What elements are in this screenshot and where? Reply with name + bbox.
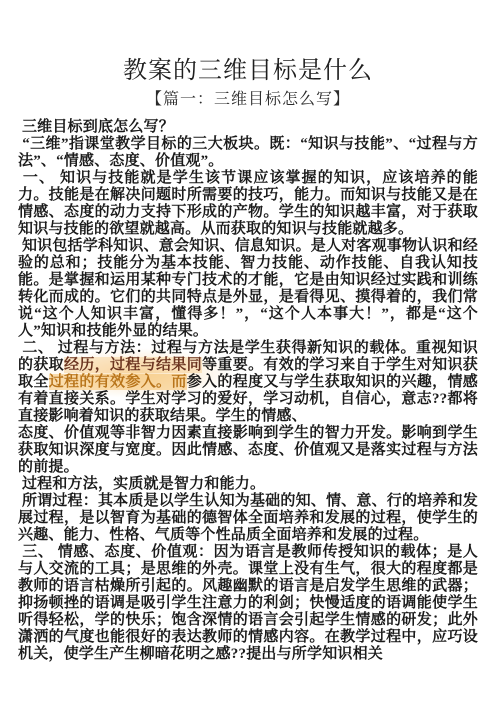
paragraph: 态度、价值观等非智力因素直接影响到学生的智力开发。影响到学生获取知识深度与宽度。…: [18, 425, 478, 476]
document-title: 教案的三维目标是什么: [18, 56, 478, 86]
paragraph: 二、 过程与方法：过程与方法是学生获得新知识的载体。重视知识的获取经历，过程与结…: [18, 340, 478, 425]
paragraph: 所谓过程：其本质是以学生认知为基础的知、情、意、行的培养和发展过程，是以智育为基…: [18, 493, 478, 544]
text-segment: 一、 知识与技能就是学生该节课应该掌握的知识，应该培养的能力。技能是在解决问题时…: [18, 170, 478, 237]
paragraph: “三维”指课堂教学目标的三大板块。既：“知识与技能”、“过程与方法”、“情感、态…: [18, 136, 478, 170]
paragraph: 三维目标到底怎么写？: [18, 119, 478, 136]
text-segment: 态度、价值观等非智力因素直接影响到学生的智力开发。影响到学生获取知识深度与宽度。…: [18, 425, 478, 475]
text-segment: “三维”指课堂教学目标的三大板块。既：“知识与技能”、“过程与方法”、“情感、态…: [18, 136, 478, 169]
text-segment: 所谓过程：其本质是以学生认知为基础的知、情、意、行的培养和发展过程，是以智育为基…: [18, 493, 478, 543]
paragraph: 一、 知识与技能就是学生该节课应该掌握的知识，应该培养的能力。技能是在解决问题时…: [18, 170, 478, 238]
highlighted-text-segment: 经历，过程与结果同: [64, 357, 202, 373]
section-heading: 【篇一：三维目标怎么写】: [18, 90, 478, 110]
text-segment: 三、 情感、态度、价值观：因为语言是教师传授知识的载体；是人与人交流的工具；是思…: [18, 544, 478, 662]
article-body: 三维目标到底怎么写？ “三维”指课堂教学目标的三大板块。既：“知识与技能”、“过…: [18, 119, 478, 663]
paragraph: 过程和方法，实质就是智力和能力。: [18, 476, 478, 493]
document-page: 教案的三维目标是什么 【篇一：三维目标怎么写】 三维目标到底怎么写？ “三维”指…: [0, 0, 496, 702]
paragraph: 知识包括学科知识、意会知识、信息知识。是人对客观事物认识和经验的总和；技能分为基…: [18, 238, 478, 340]
paragraph: 三、 情感、态度、价值观：因为语言是教师传授知识的载体；是人与人交流的工具；是思…: [18, 544, 478, 663]
text-segment: 过程和方法，实质就是智力和能力。: [18, 476, 265, 492]
highlighted-text-segment: 过程的有效参入。而: [49, 374, 187, 390]
text-segment: 三维目标到底怎么写？: [18, 119, 174, 135]
text-segment: 知识包括学科知识、意会知识、信息知识。是人对客观事物认识和经验的总和；技能分为基…: [18, 238, 478, 339]
